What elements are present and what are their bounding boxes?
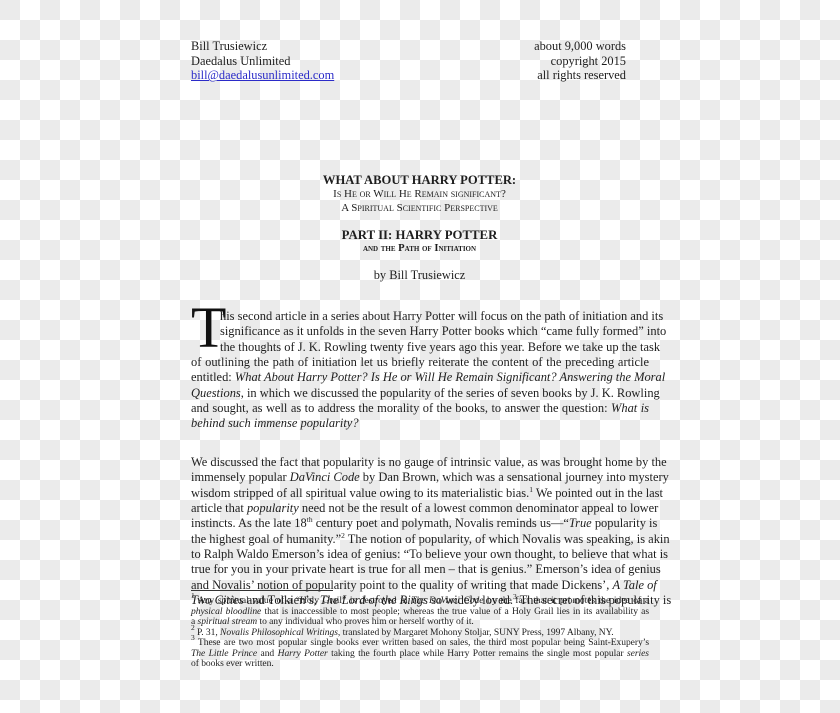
- text-run: We pointed out in the last: [533, 486, 663, 500]
- text-run: article that: [191, 501, 247, 515]
- text-line: behind such immense popularity?: [191, 416, 649, 431]
- footnotes: 1 Any spiritual value of a “Holy Grail” …: [191, 596, 649, 670]
- text-line: We discussed the fact that popularity is…: [191, 455, 649, 470]
- text-run: popularity is: [592, 516, 658, 530]
- text-run: immensely popular: [191, 470, 290, 484]
- text-run: Any spiritual value of a “Holy Grail” is…: [195, 595, 411, 606]
- text-line: the thoughts of J. K. Rowling twenty fiv…: [191, 340, 649, 355]
- text-run: P. 31,: [195, 627, 220, 638]
- document-info-block: about 9,000 words copyright 2015 all rig…: [520, 39, 626, 83]
- part-subheading: and the Path of Initiation: [191, 242, 648, 256]
- text-line: and sought, as well as to address the mo…: [191, 401, 649, 416]
- author-email-link[interactable]: bill@daedalusunlimited.com: [191, 68, 334, 83]
- document-page: Bill Trusiewicz Daedalus Unlimited bill@…: [0, 0, 840, 713]
- paragraph-intro: his second article in a series about Har…: [191, 309, 649, 432]
- text-line: article that popularity need not be the …: [191, 501, 649, 516]
- question-italic: behind such immense popularity?: [191, 416, 359, 430]
- text-run: , translated by Margaret Mohony Stoljar,…: [338, 627, 614, 638]
- text-line: Questions, in which we discussed the pop…: [191, 386, 649, 401]
- text-line: instincts. As the late 18th century poet…: [191, 516, 649, 531]
- text-run: wisdom stripped of all spiritual value o…: [191, 486, 529, 500]
- text-run: The notion of popularity, of which Noval…: [345, 532, 670, 546]
- document-subtitle: Is He or Will He Remain significant?: [191, 187, 648, 201]
- book-title-italic: The Little Prince: [191, 648, 257, 659]
- text-run: the highest goal of humanity.”: [191, 532, 341, 546]
- text-run: and: [257, 648, 278, 659]
- text-run: and sought, as well as to address the mo…: [191, 401, 611, 415]
- word-count: about 9,000 words: [520, 39, 626, 54]
- article-title-italic: Questions: [191, 386, 241, 400]
- text-line: of outlining the path of initiation let …: [191, 355, 649, 370]
- text-line: true for you in your private heart is tr…: [191, 562, 649, 577]
- text-run: , in which we discussed the popularity o…: [241, 386, 660, 400]
- emphasis-italic: True: [569, 516, 592, 530]
- text-run: entitled:: [191, 370, 235, 384]
- text-run: by the fact that it promotes the idea of…: [483, 595, 649, 606]
- text-run: to any individual who proves him or hers…: [257, 616, 474, 627]
- copyright-notice: copyright 2015: [520, 54, 626, 69]
- question-italic: What is: [611, 401, 649, 415]
- book-title-italic: Harry Potter: [278, 648, 328, 659]
- footnote-3-line: of books ever written.: [191, 659, 649, 670]
- book-title-italic: The DaVinci Code: [411, 595, 483, 606]
- emphasis-italic: spiritual stream: [198, 616, 258, 627]
- book-title-italic: Novalis Philosophical Writings: [220, 627, 338, 638]
- organization-name: Daedalus Unlimited: [191, 54, 334, 69]
- byline: by Bill Trusiewicz: [191, 268, 648, 282]
- paragraph-popularity: We discussed the fact that popularity is…: [191, 455, 649, 608]
- text-run: by Dan Brown, which was a sensational jo…: [360, 470, 669, 484]
- text-line: to Ralph Waldo Emerson’s idea of genius:…: [191, 547, 649, 562]
- emphasis-italic: physical bloodline: [191, 606, 261, 617]
- text-line: entitled: What About Harry Potter? Is He…: [191, 370, 649, 385]
- author-block: Bill Trusiewicz Daedalus Unlimited bill@…: [191, 39, 334, 83]
- book-title-italic: A Tale of: [613, 578, 657, 592]
- text-run: These are two most popular single books …: [195, 637, 649, 648]
- rights-notice: all rights reserved: [520, 68, 626, 83]
- document-title: WHAT ABOUT HARRY POTTER:: [191, 173, 648, 187]
- text-run: instincts. As the late 18: [191, 516, 307, 530]
- emphasis-italic: popularity: [247, 501, 299, 515]
- part-heading: PART II: HARRY POTTER: [191, 228, 648, 242]
- text-line: immensely popular DaVinci Code by Dan Br…: [191, 470, 649, 485]
- text-run: that is inaccessible to most people; whe…: [261, 606, 649, 617]
- article-title-italic: What About Harry Potter? Is He or Will H…: [235, 370, 665, 384]
- author-name: Bill Trusiewicz: [191, 39, 334, 54]
- emphasis-italic: series: [627, 648, 649, 659]
- book-title-italic: DaVinci Code: [290, 470, 360, 484]
- document-subtitle-2: A Spiritual Scientific Perspective: [191, 201, 648, 215]
- text-run: taking the fourth place while Harry Pott…: [328, 648, 627, 659]
- text-line: significance as it unfolds in the seven …: [191, 324, 649, 339]
- text-line: wisdom stripped of all spiritual value o…: [191, 486, 649, 501]
- footnote-separator: [191, 590, 333, 591]
- text-line: his second article in a series about Har…: [191, 309, 649, 324]
- text-line: the highest goal of humanity.”2 The noti…: [191, 532, 649, 547]
- text-run: need not be the result of a lowest commo…: [299, 501, 659, 515]
- text-run: century poet and polymath, Novalis remin…: [313, 516, 569, 530]
